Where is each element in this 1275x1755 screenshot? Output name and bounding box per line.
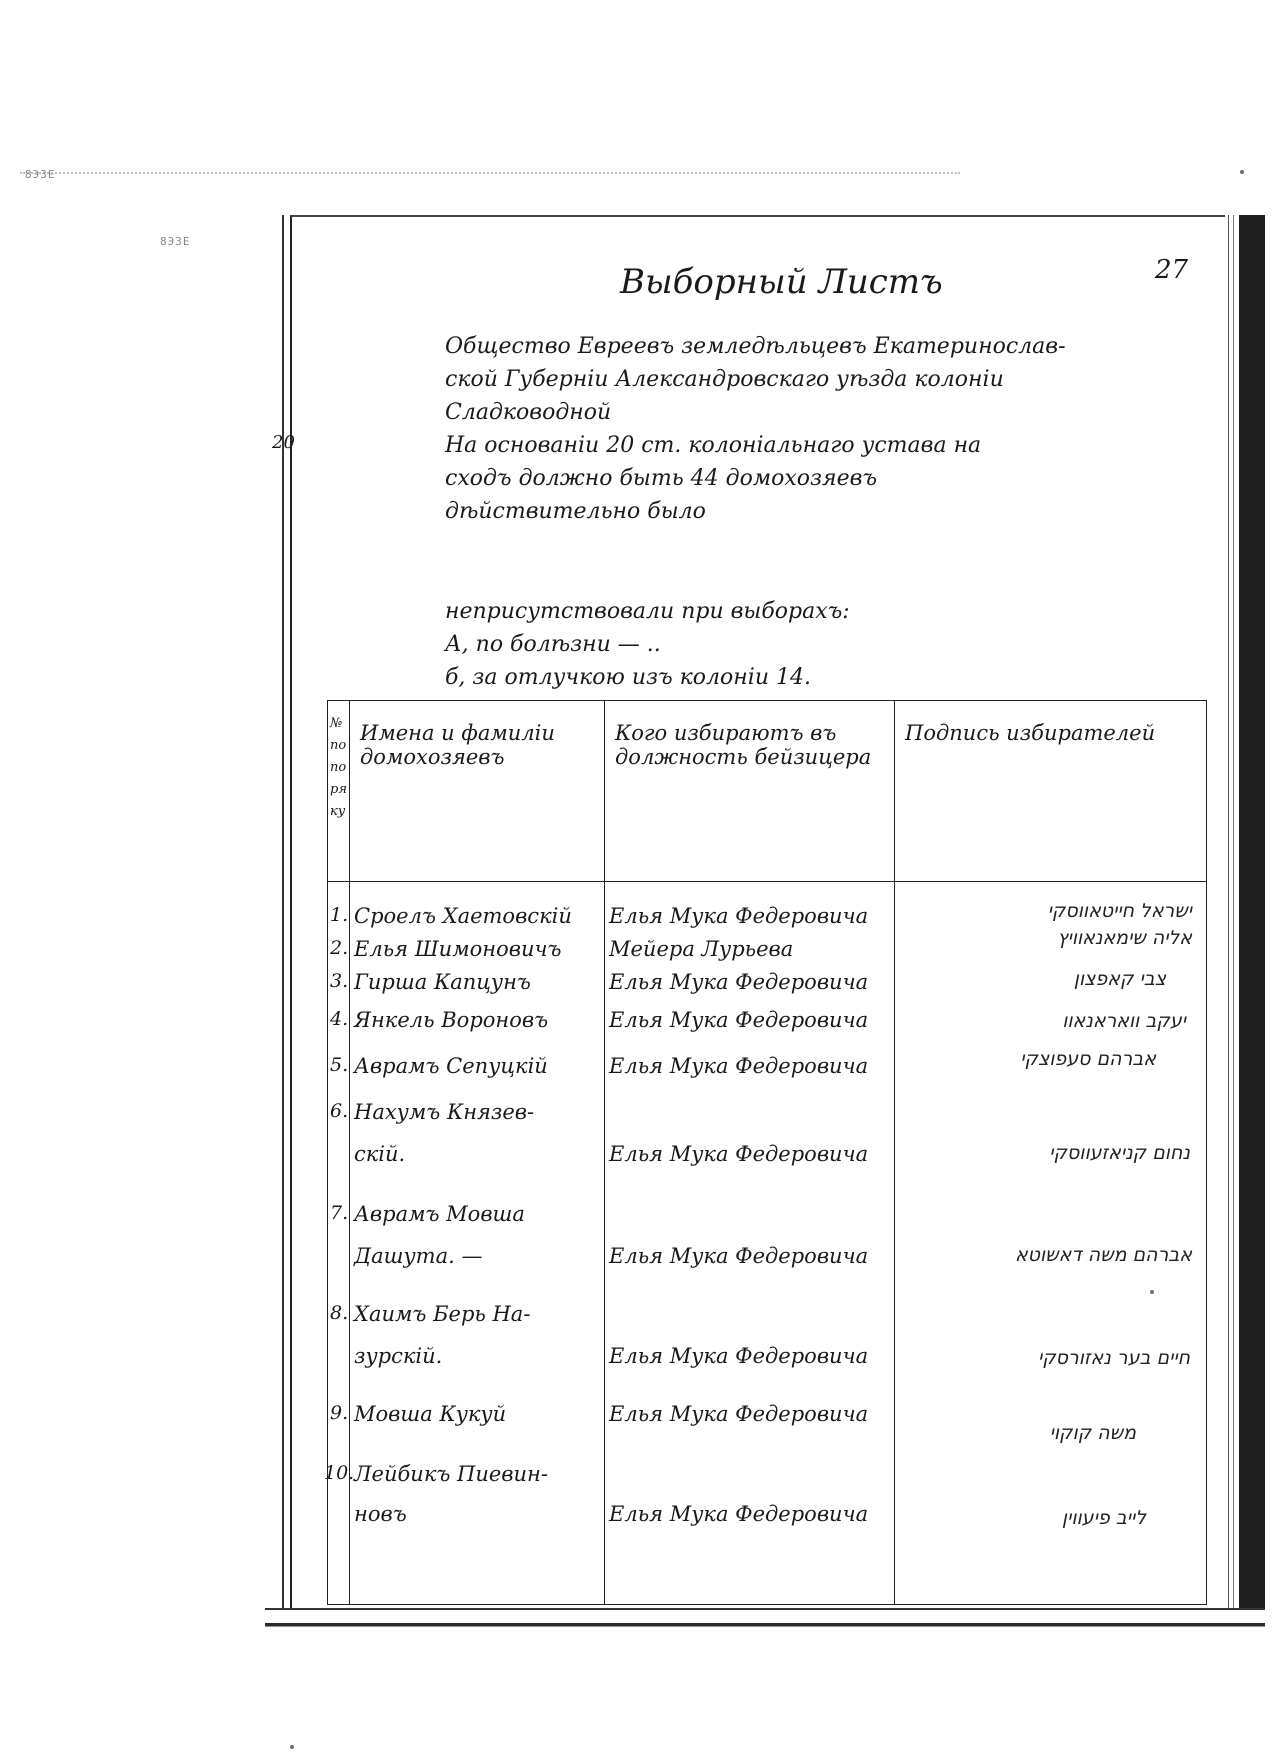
header-line: ской Губерніи Александровскаго уѣзда кол… [445, 363, 1215, 396]
voter-signature: אברהם סעפוצקי [1020, 1048, 1156, 1070]
signature-column: ישראל חייטאווסקי אליה שימאנאוויץ צבי קאפ… [895, 882, 1207, 1605]
document-title: Выборный Листъ [620, 262, 943, 302]
householder-name: Хаимъ Берь На- [354, 1302, 530, 1326]
elected-candidate: Мейера Лурьева [609, 937, 793, 961]
householder-name: Нахумъ Князев- [354, 1100, 534, 1124]
row-number: 7. [330, 1202, 348, 1224]
page-bottom-edge [265, 1608, 1265, 1632]
header-number-part: по [330, 735, 347, 757]
voter-signature: צבי קאפצון [1074, 968, 1166, 990]
voter-signature: חיים בער נאזורסקי [1038, 1347, 1190, 1369]
householder-name-cont: новъ [354, 1502, 407, 1526]
header-line: сходъ должно быть 44 домохозяевъ [445, 462, 1215, 495]
elected-candidate: Елья Мука Федеровича [609, 1054, 868, 1078]
scan-noise-line [20, 172, 960, 184]
scan-speck [1150, 1290, 1154, 1294]
scan-speck [1240, 170, 1244, 174]
table-body-row: 1. 2. 3. 4. 5. 6. 7. 8. 9. 10. Сроелъ Ха… [328, 882, 1207, 1605]
absent-heading: неприсутствовали при выборахъ: [445, 595, 850, 628]
voter-signature: יעקב וואראנאוו [1062, 1010, 1186, 1032]
householder-name: Мовша Кукуй [354, 1402, 506, 1426]
header-name: Имена и фамиліи домохозяевъ [350, 701, 605, 882]
row-number: 2. [330, 937, 348, 959]
householder-name: Янкель Вороновъ [354, 1008, 548, 1032]
scan-mark-2: 8ЭЗЕ [160, 235, 191, 248]
voter-signature: ישראל חייטאווסקי [1048, 900, 1192, 922]
header-line: Общество Евреевъ земледѣльцевъ Екатерино… [445, 330, 1215, 363]
absent-item: А, по болѣзни — .. [445, 628, 850, 661]
header-number-part: № [330, 713, 347, 735]
header-signature: Подпись избирателей [895, 701, 1207, 882]
election-table: № по по ря ку Имена и фамиліи домохозяев… [327, 700, 1207, 1605]
header-elects: Кого избираютъ въ должность бейзицера [605, 701, 895, 882]
book-binding [1225, 215, 1265, 1630]
header-number-part: по [330, 757, 347, 779]
row-number: 1. [330, 904, 348, 926]
householder-name-cont: скій. [354, 1142, 405, 1166]
householder-name: Гирша Капцунъ [354, 970, 531, 994]
elects-column: Елья Мука Федеровича Мейера Лурьева Елья… [605, 882, 895, 1605]
absent-list: неприсутствовали при выборахъ: А, по бол… [445, 595, 850, 694]
header-paragraph: Общество Евреевъ земледѣльцевъ Екатерино… [445, 330, 1215, 528]
householder-name: Аврамъ Мовша [354, 1202, 525, 1226]
header-number-part: ку [330, 801, 347, 823]
householder-name-cont: зурскій. [354, 1344, 442, 1368]
elected-candidate: Елья Мука Федеровича [609, 1008, 868, 1032]
absent-item: б, за отлучкою изъ колоніи 14. [445, 661, 850, 694]
elected-candidate: Елья Мука Федеровича [609, 904, 868, 928]
elected-candidate: Елья Мука Федеровича [609, 970, 868, 994]
row-number: 5. [330, 1054, 348, 1076]
margin-mark: 20 [272, 432, 295, 453]
page-number: 27 [1155, 255, 1188, 285]
row-number: 3. [330, 970, 348, 992]
page-left-rule [282, 215, 284, 1615]
scan-speck [290, 1745, 294, 1749]
row-number: 8. [330, 1302, 348, 1324]
number-column: 1. 2. 3. 4. 5. 6. 7. 8. 9. 10. [328, 882, 350, 1605]
name-column: Сроелъ Хаетовскій Елья Шимоновичъ Гирша … [350, 882, 605, 1605]
row-number: 9. [330, 1402, 348, 1424]
voter-signature: אברהם משה דאשוטא [1015, 1244, 1192, 1266]
elected-candidate: Елья Мука Федеровича [609, 1244, 868, 1268]
voter-signature: אליה שימאנאוויץ [1057, 927, 1192, 949]
householder-name: Лейбикъ Пиевин- [354, 1462, 548, 1486]
row-number: 4. [330, 1008, 348, 1030]
header-number: № по по ря ку [328, 701, 350, 882]
row-number: 6. [330, 1100, 348, 1122]
voter-signature: נחום קניאזעווסקי [1049, 1142, 1190, 1164]
householder-name: Сроелъ Хаетовскій [354, 904, 572, 928]
voter-signature: משה קוקוי [1050, 1422, 1136, 1444]
elected-candidate: Елья Мука Федеровича [609, 1344, 868, 1368]
header-line: На основаніи 20 ст. колоніальнаго устава… [445, 429, 1215, 462]
householder-name: Аврамъ Сепуцкій [354, 1054, 548, 1078]
voter-signature: לייב פיעווין [1062, 1507, 1146, 1529]
header-line: Сладководной [445, 396, 1215, 429]
table-header-row: № по по ря ку Имена и фамиліи домохозяев… [328, 701, 1207, 882]
header-number-part: ря [330, 779, 347, 801]
elected-candidate: Елья Мука Федеровича [609, 1402, 868, 1426]
elected-candidate: Елья Мука Федеровича [609, 1142, 868, 1166]
householder-name: Елья Шимоновичъ [354, 937, 562, 961]
header-line: дѣйствительно было [445, 495, 1215, 528]
householder-name-cont: Дашута. — [354, 1244, 482, 1268]
elected-candidate: Елья Мука Федеровича [609, 1502, 868, 1526]
